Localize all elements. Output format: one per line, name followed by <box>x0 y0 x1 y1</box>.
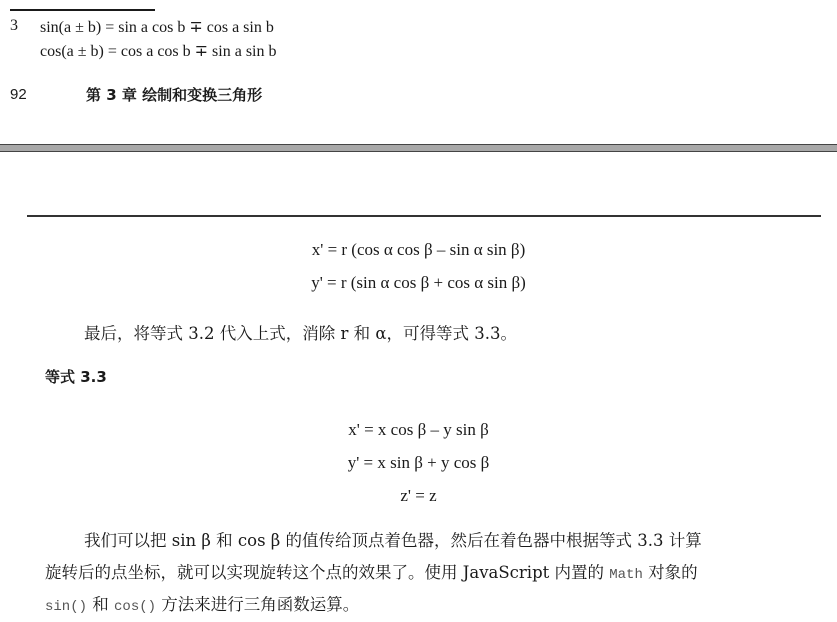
header-rule <box>27 215 821 217</box>
chapter-title: 第 3 章 绘制和变换三角形 <box>86 84 262 105</box>
equation-line: z' = z <box>0 486 837 506</box>
page-number: 92 <box>10 86 27 103</box>
equation-line: x' = r (cos α cos β – sin α sin β) <box>0 240 837 260</box>
equation-line: x' = x cos β – y sin β <box>0 420 837 440</box>
equation-line: y' = x sin β + y cos β <box>0 453 837 473</box>
code-math: Math <box>609 567 643 583</box>
footnote-number: 3 <box>10 17 18 35</box>
paragraph-line: 旋转后的点坐标，就可以实现旋转这个点的效果了。使用 JavaScript 内置的… <box>45 559 698 583</box>
text: 旋转后的点坐标，就可以实现旋转这个点的效果了。使用 JavaScript 内置的 <box>45 563 609 582</box>
equation-line: y' = r (sin α cos β + cos α sin β) <box>0 273 837 293</box>
footnote-equation: sin(a ± b) = sin a cos b ∓ cos a sin b <box>40 17 274 37</box>
text: 对象的 <box>643 563 698 582</box>
paragraph-line: 我们可以把 sin β 和 cos β 的值传给顶点着色器，然后在着色器中根据等… <box>84 527 702 551</box>
footnote-rule <box>10 9 155 11</box>
text: 方法来进行三角函数运算。 <box>156 595 359 614</box>
text: 和 <box>87 595 114 614</box>
footnote-equation: cos(a ± b) = cos a cos b ∓ sin a sin b <box>40 41 277 61</box>
equation-heading: 等式 3.3 <box>45 366 107 387</box>
code-sin: sin() <box>45 599 87 615</box>
paragraph: 最后，将等式 3.2 代入上式，消除 r 和 α，可得等式 3.3。 <box>84 320 517 344</box>
paragraph-line: sin() 和 cos() 方法来进行三角函数运算。 <box>45 591 359 615</box>
code-cos: cos() <box>114 599 156 615</box>
page-separator <box>0 144 837 152</box>
